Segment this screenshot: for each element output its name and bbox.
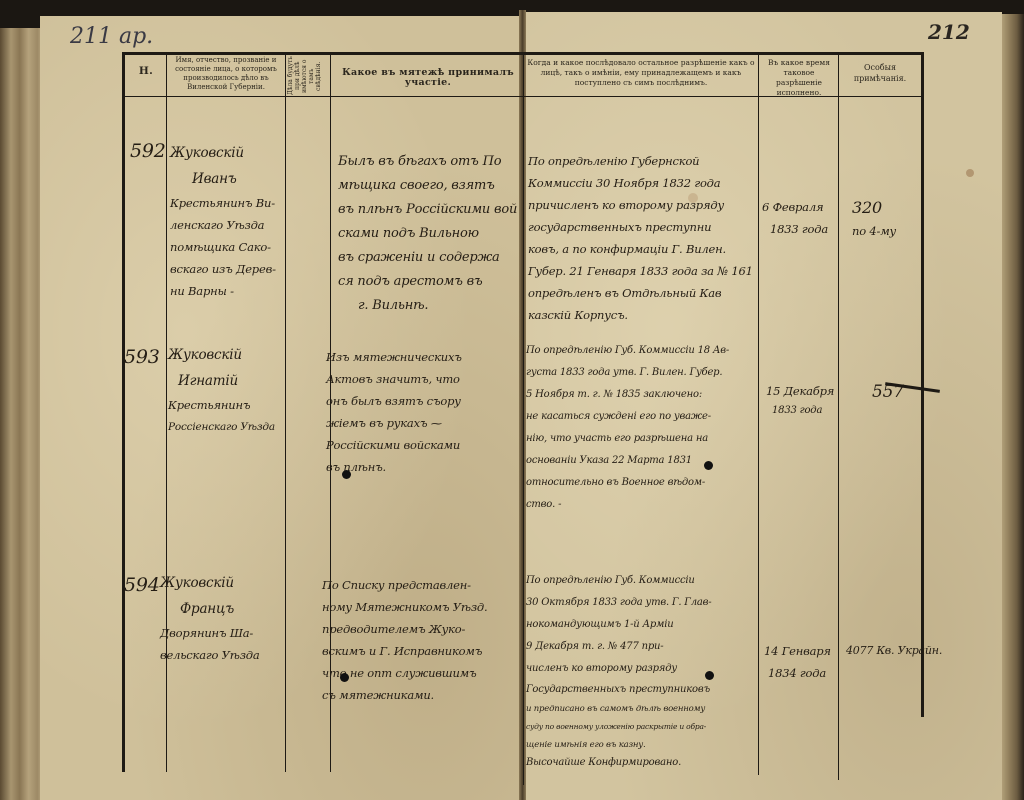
table-top-rule	[122, 52, 922, 55]
text-line: нію, что участь его разрѣшена на	[526, 428, 729, 450]
entry-592-notes: 320 по 4-му	[852, 196, 896, 242]
paper-stain	[688, 193, 698, 203]
entry-593-participation: Изъ мятежническихъ Актовъ значитъ, что о…	[326, 346, 462, 478]
text-line: 1833 года	[772, 402, 840, 419]
paper-stain	[966, 169, 974, 177]
table-right-border	[921, 52, 924, 717]
name-line: Иванъ	[192, 166, 298, 192]
header-name: Имя, отчество, прозваніе и состояніе лиц…	[168, 56, 284, 92]
text-line: численъ ко второму разряду	[526, 658, 711, 680]
name-line: Крестьянинъ	[168, 394, 275, 416]
text-line: 1834 года	[768, 662, 835, 684]
name-line: Россіенскаго Уѣзда	[168, 416, 275, 438]
header-resolution: Когда и какое послѣдовало остальное разр…	[525, 58, 757, 88]
col-divider-participation	[523, 55, 524, 785]
text-line: государственныхъ преступни	[528, 216, 753, 238]
header-cases: Дѣла будуть при дѣлѣ имѣются о тамъ свѣд…	[287, 56, 329, 96]
text-line: причисленъ ко второму разряду	[528, 194, 753, 216]
name-line: Дворянинъ Ша-	[160, 622, 260, 644]
text-line: предводителемъ Жуко-	[322, 618, 487, 640]
text-line: 320	[852, 196, 896, 220]
name-line: вскаго изъ Дерев-	[170, 258, 276, 280]
right-page-number: 212	[928, 20, 970, 44]
name-line: Крестьянинъ Ви-	[170, 192, 276, 214]
text-line: По опредѣленію Губ. Коммиссіи	[526, 570, 711, 592]
text-line: По опредѣленію Губ. Коммиссіи 18 Ав-	[526, 340, 729, 362]
text-line: по 4-му	[852, 220, 896, 242]
text-line: 6 Февраля	[762, 196, 823, 218]
header-executed: Въ какое время таковое разрѣшеніе исполн…	[760, 58, 838, 98]
text-line: густа 1833 года утв. Г. Вилен. Губер.	[526, 362, 729, 384]
text-line: сками подъ Вильною	[338, 222, 517, 246]
text-line: суду по военному уложенію раскрытіе и об…	[526, 718, 711, 736]
text-line: казскій Корпусъ.	[528, 304, 753, 326]
page-stack-right-edge	[1000, 14, 1024, 800]
entry-592-participation: Былъ въ бѣгахъ отъ По мѣщика своего, взя…	[338, 150, 517, 318]
text-line: 30 Октября 1833 года утв. Г. Глав-	[526, 592, 711, 614]
text-line: ковъ, а по конфирмаціи Г. Вилен.	[528, 238, 753, 260]
text-line: основаніи Указа 22 Марта 1831	[526, 450, 729, 472]
name-line: Жуковскій	[168, 342, 275, 368]
header-participation: Какое въ мятежѣ принималъ участіе.	[334, 68, 522, 88]
punch-hole	[342, 470, 351, 479]
name-line: Жуковскій	[170, 140, 276, 166]
entry-594-participation: По Списку представлен- ному Мятежникомъ …	[322, 574, 487, 706]
text-line: 5 Ноября т. г. № 1835 заключено:	[526, 384, 729, 406]
text-line: 1833 года	[770, 218, 831, 240]
text-line: онъ былъ взятъ съору	[326, 390, 462, 412]
text-line: мѣщика своего, взятъ	[338, 174, 517, 198]
text-line: ство. -	[526, 494, 729, 516]
text-line: Коммиссіи 30 Ноября 1832 года	[528, 172, 753, 194]
text-line: щеніе имѣнія его въ казну.	[526, 736, 711, 754]
text-line: Россійскими войсками	[326, 434, 462, 456]
text-line: въ сраженіи и содержа	[338, 246, 517, 270]
text-line: не касаться суждені его по уваже-	[526, 406, 729, 428]
punch-hole	[705, 671, 714, 680]
name-line: Францъ	[180, 596, 280, 622]
text-line: Высочайше Конфирмировано.	[526, 754, 711, 772]
text-line: ся подъ арестомъ въ	[338, 270, 517, 294]
text-line: жіемъ въ рукахъ ⁓	[326, 412, 462, 434]
entry-593-executed: 15 Декабря 1833 года	[766, 380, 834, 419]
text-line: опредѣленъ въ Отдѣльный Кав	[528, 282, 753, 304]
text-line: По опредѣленію Губернской	[528, 150, 753, 172]
entry-594-resolution: По опредѣленію Губ. Коммиссіи 30 Октября…	[526, 570, 711, 772]
entry-594-number: 594	[124, 574, 160, 596]
text-line: и предписано въ самомъ дѣлѣ военному	[526, 700, 711, 718]
entry-594-name: Жуковскій Францъ Дворянинъ Ша- вельскаго…	[160, 570, 260, 666]
entry-593-resolution: По опредѣленію Губ. Коммиссіи 18 Ав- гус…	[526, 340, 729, 516]
text-line: Изъ мятежническихъ	[326, 346, 462, 368]
name-line: Жуковскій	[160, 570, 260, 596]
header-notes: Особыя примѣчанія.	[840, 62, 920, 84]
text-line: 14 Генваря	[764, 640, 831, 662]
entry-593-name: Жуковскій Игнатій Крестьянинъ Россіенска…	[168, 342, 275, 438]
text-line: Былъ въ бѣгахъ отъ По	[338, 150, 517, 174]
text-line: 9 Декабря т. г. № 477 при-	[526, 636, 711, 658]
open-register-book: 211 ар. 212 Н. Имя, отчество, прозваніе …	[0, 0, 1024, 800]
text-line: въ плѣнъ Россійскими вой	[338, 198, 517, 222]
entry-594-executed: 14 Генваря 1834 года	[764, 640, 831, 684]
punch-hole	[704, 461, 713, 470]
entry-593-number: 593	[124, 346, 160, 368]
text-line: ному Мятежникомъ Уѣзд.	[322, 596, 487, 618]
table-left-border	[122, 52, 125, 772]
text-line: Государственныхъ преступниковъ	[526, 680, 711, 700]
name-line: Игнатій	[178, 368, 285, 394]
name-line: ни Варны -	[170, 280, 276, 302]
col-divider-name	[285, 55, 286, 772]
text-line: По Списку представлен-	[322, 574, 487, 596]
text-line: Губер. 21 Генваря 1833 года за № 161	[528, 260, 753, 282]
punch-hole	[340, 673, 349, 682]
entry-592-executed: 6 Февраля 1833 года	[762, 196, 823, 240]
text-line: вскимъ и Г. Исправникомъ	[322, 640, 487, 662]
text-line: съ мятежниками.	[322, 684, 487, 706]
entry-592-resolution: По опредѣленію Губернской Коммиссіи 30 Н…	[528, 150, 753, 326]
col-divider-resolution	[758, 55, 759, 775]
text-line: г. Вильнѣ.	[358, 294, 537, 318]
text-line: 15 Декабря	[766, 380, 834, 402]
header-num: Н.	[126, 66, 166, 76]
name-line: помѣщика Сако-	[170, 236, 276, 258]
entry-592-name: Жуковскій Иванъ Крестьянинъ Ви- ленскаго…	[170, 140, 276, 302]
text-line: Актовъ значитъ, что	[326, 368, 462, 390]
left-page-number: 211 ар.	[70, 24, 153, 49]
entry-594-notes: 4077 Кв. Украйн.	[846, 640, 942, 662]
page-stack-left-edge	[0, 28, 44, 800]
text-line: относительно въ Военное вѣдом-	[526, 472, 729, 494]
entry-592-number: 592	[130, 140, 166, 162]
name-line: вельскаго Уѣзда	[160, 644, 260, 666]
text-line: нокомандующимъ 1-й Арміи	[526, 614, 711, 636]
name-line: ленскаго Уѣзда	[170, 214, 276, 236]
